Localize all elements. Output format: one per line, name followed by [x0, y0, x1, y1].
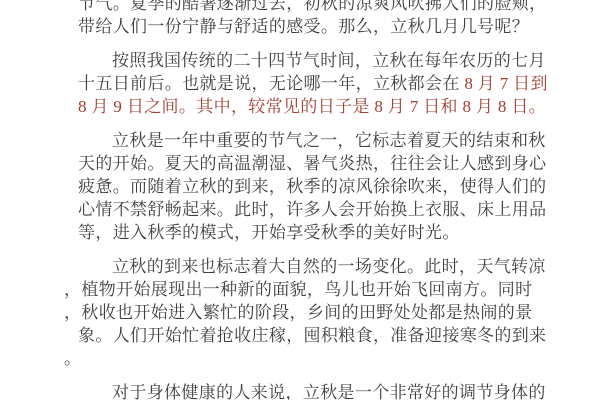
text-segment: 天的开始。夏天的高温潮湿、暑气炎热，往往会让人感到身心 [78, 154, 546, 173]
text-line: 心情不禁舒畅起来。此时，许多人会开始换上衣服、床上用品 [78, 198, 548, 221]
text-segment: 按照我国传统的二十四节气时间，立秋在每年农历的七月 [112, 51, 546, 70]
text-segment: 节气。夏季的酷暑逐渐过去，初秋的凉爽风吹拂人们的脸颊， [78, 0, 546, 13]
date-highlight-text: 8 月 9 日之间。其中，较常见的日子是 8 月 7 日和 8 月 8 日。 [78, 97, 546, 116]
text-segment: 立秋的到来也标志着大自然的一场变化。此时，天气转凉 [112, 257, 546, 276]
text-line: 8 月 9 日之间。其中，较常见的日子是 8 月 7 日和 8 月 8 日。 [78, 95, 548, 118]
text-segment: ，秋收也开始进入繁忙的阶段，乡间的田野处处都是热闹的景 [64, 303, 532, 322]
text-segment: 十五日前后。也就是说，无论哪一年，立秋都会在 [78, 74, 464, 93]
text-line: ，秋收也开始进入繁忙的阶段，乡间的田野处处都是热闹的景 [64, 301, 548, 324]
article-page: 节气。夏季的酷暑逐渐过去，初秋的凉爽风吹拂人们的脸颊，带给人们一份宁静与舒适的感… [0, 0, 600, 400]
text-segment: 象。人们开始忙着抢收庄稼，囤积粮食，准备迎接寒冬的到来 [78, 326, 546, 345]
text-line: 。 [64, 347, 548, 370]
date-highlight-text: 8 月 7 日到 [464, 74, 548, 93]
text-line: 立秋的到来也标志着大自然的一场变化。此时，天气转凉 [78, 255, 548, 278]
text-line: 对于身体健康的人来说，立秋是一个非常好的调节身体的 [78, 381, 548, 400]
text-segment: ，植物开始展现出一种新的面貌，鸟儿也开始飞回南方。同时 [64, 280, 532, 299]
text-segment: 疲惫。而随着立秋的到来，秋季的凉风徐徐吹来，使得人们的 [78, 177, 546, 196]
text-segment: 对于身体健康的人来说，立秋是一个非常好的调节身体的 [112, 383, 546, 400]
text-line: 疲惫。而随着立秋的到来，秋季的凉风徐徐吹来，使得人们的 [78, 175, 548, 198]
text-line: ，植物开始展现出一种新的面貌，鸟儿也开始飞回南方。同时 [64, 278, 548, 301]
text-line: 带给人们一份宁静与舒适的感受。那么，立秋几月几号呢？ [78, 15, 548, 38]
text-line: 天的开始。夏天的高温潮湿、暑气炎热，往往会让人感到身心 [78, 152, 548, 175]
document-body: 节气。夏季的酷暑逐渐过去，初秋的凉爽风吹拂人们的脸颊，带给人们一份宁静与舒适的感… [78, 0, 548, 400]
text-line: 十五日前后。也就是说，无论哪一年，立秋都会在 8 月 7 日到 [78, 72, 548, 95]
text-segment: 心情不禁舒畅起来。此时，许多人会开始换上衣服、床上用品 [78, 200, 546, 219]
text-segment: 带给人们一份宁静与舒适的感受。那么，立秋几月几号呢？ [78, 17, 529, 36]
text-line: 按照我国传统的二十四节气时间，立秋在每年农历的七月 [78, 49, 548, 72]
text-line: 等，进入秋季的模式，开始享受秋季的美好时光。 [78, 221, 548, 244]
text-line: 节气。夏季的酷暑逐渐过去，初秋的凉爽风吹拂人们的脸颊， [78, 0, 548, 15]
text-segment: 。 [64, 349, 81, 368]
text-segment: 立秋是一年中重要的节气之一，它标志着夏天的结束和秋 [112, 131, 546, 150]
text-line: 象。人们开始忙着抢收庄稼，囤积粮食，准备迎接寒冬的到来 [78, 324, 548, 347]
text-segment: 等，进入秋季的模式，开始享受秋季的美好时光。 [78, 223, 460, 242]
text-line: 立秋是一年中重要的节气之一，它标志着夏天的结束和秋 [78, 129, 548, 152]
